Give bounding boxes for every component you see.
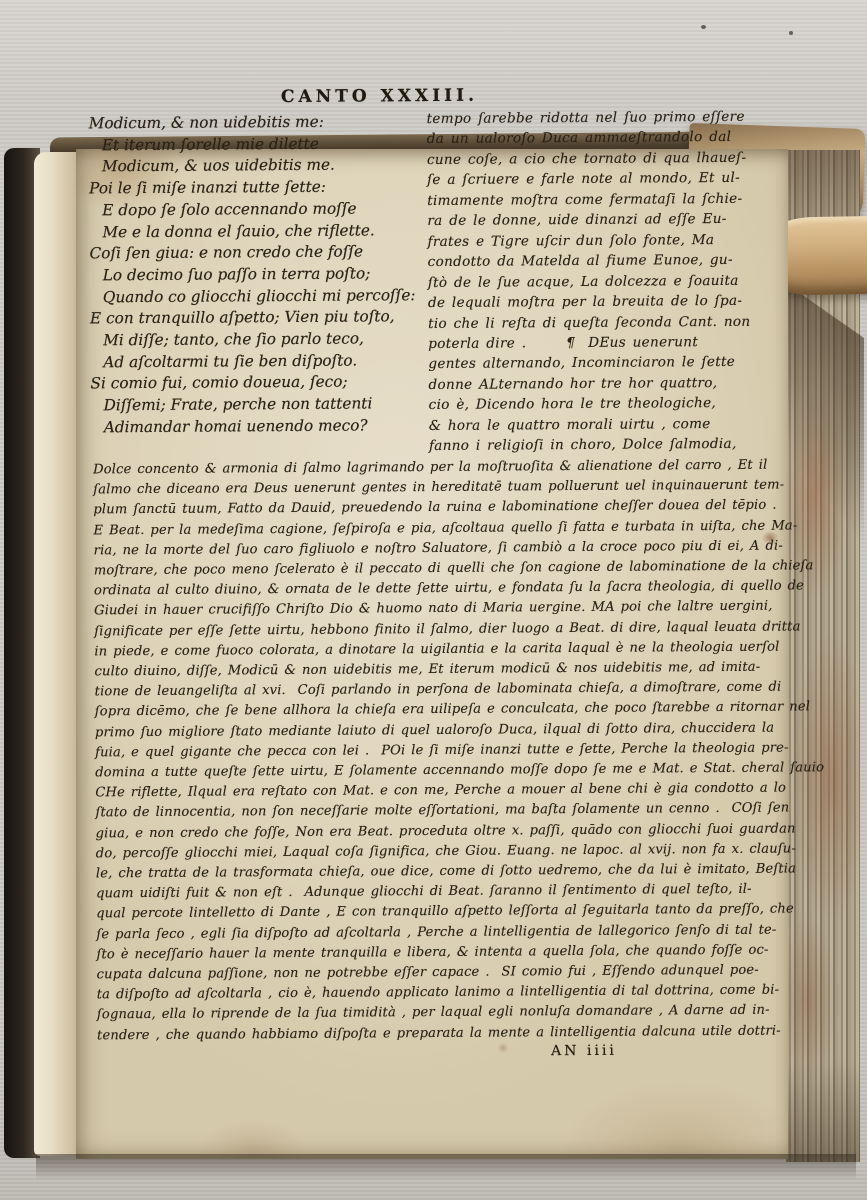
- commentary-line: da un ualoroſo Duca ammaeſtrandolo dal: [427, 127, 777, 150]
- commentary-line: cio è, Dicendo hora le tre theologiche,: [429, 393, 779, 416]
- commentary-line: ra de le donne, uide dinanzi ad eſſe Eu-: [427, 209, 777, 232]
- verse-line: Ad aſcoltarmi tu ſie ben diſpoſto.: [90, 350, 425, 374]
- verse-line: Poi le ſi miſe inanzi tutte ſette:: [89, 176, 424, 200]
- verse-column: Modicum, & non uidebitis me:Et iterum ſo…: [89, 111, 426, 439]
- commentary-line: de lequali moſtra per la breuita de lo ſ…: [428, 291, 778, 314]
- page-title: CANTO XXXIII.: [254, 85, 504, 107]
- verse-line: Modicum, & non uidebitis me:: [89, 111, 424, 135]
- commentary-line: tempo ſarebbe ridotta nel ſuo primo eſſe…: [427, 107, 777, 130]
- quire-signature: AN iiii: [551, 1043, 617, 1059]
- book-photograph: CANTO XXXIII. Modicum, & non uidebitis m…: [0, 0, 867, 1200]
- commentary-line: ſtò de le ſue acque, La dolcezza e ſoaui…: [428, 270, 778, 293]
- commentary-line: cune coſe, a cio che tornato di qua lhau…: [427, 147, 777, 170]
- verse-line: Coſi ſen giua: e non credo che foſſe: [90, 241, 425, 265]
- commentary-line: tendere , che quando habbiamo diſpoſta e…: [97, 1021, 789, 1046]
- verse-line: Adimandar homai uenendo meco?: [91, 415, 426, 439]
- verse-line: Lo decimo ſuo paſſo in terra poſto;: [90, 263, 425, 287]
- commentary-line: ſe a ſcriuere e farle note al mondo, Et …: [427, 168, 777, 191]
- verse-line: Modicum, & uos uidebitis me.: [89, 154, 424, 178]
- verse-line: Me e la donna el ſauio, che riflette.: [89, 220, 424, 244]
- commentary-line: tio che li reſta di queſta ſeconda Cant.…: [428, 311, 778, 334]
- commentary-line: timamente moſtra come fermataſi la ſchie…: [427, 188, 777, 211]
- verse-line: Diſſemi; Frate, perche non tattenti: [91, 393, 426, 417]
- commentary-line: gentes alternando, Incominciaron le ſett…: [428, 352, 778, 375]
- commentary-line: fanno i religioſi in choro, Dolce ſalmod…: [429, 434, 779, 457]
- verse-line: E con tranquillo aſpetto; Vien piu toſto…: [90, 306, 425, 330]
- commentary-line: & hora le quattro morali uirtu , come: [429, 413, 779, 436]
- verse-line: Mi diſſe; tanto, che ſio parlo teco,: [90, 328, 425, 352]
- commentary-block: Dolce concento & armonia di ſalmo lagrim…: [93, 456, 789, 1047]
- commentary-line: poterla dire . ¶ DEus uenerunt: [428, 332, 778, 355]
- verse-line: Quando co gliocchi gliocchi mi percoſſe:: [90, 285, 425, 309]
- commentary-line: donne ALternando hor tre hor quattro,: [428, 372, 778, 395]
- commentary-column: tempo ſarebbe ridotta nel ſuo primo eſſe…: [427, 107, 779, 457]
- verse-line: Si comio fui, comio doueua, ſeco;: [90, 371, 425, 395]
- verse-line: E dopo ſe ſolo accennando moſſe: [89, 198, 424, 222]
- commentary-line: frates e Tigre uſcir dun ſolo fonte, Ma: [427, 229, 777, 252]
- verse-line: Et iterum ſorelle mie dilette: [89, 133, 424, 157]
- commentary-line: condotto da Matelda al fiume Eunoe, gu-: [428, 250, 778, 273]
- printed-text-layer: CANTO XXXIII. Modicum, & non uidebitis m…: [0, 0, 867, 1200]
